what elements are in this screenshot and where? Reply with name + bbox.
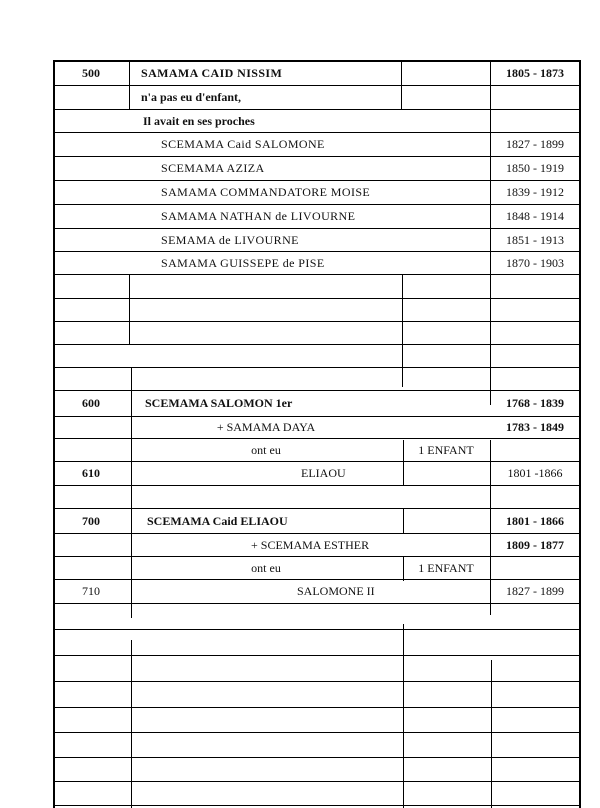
child-number: 610 — [53, 462, 129, 485]
column-divider — [403, 509, 404, 533]
relative-dates: 1839 - 1912 — [491, 181, 579, 204]
table-row-500-head: 500 SAMAMA CAID NISSIM 1805 - 1873 — [53, 62, 579, 86]
relative-dates: 1827 - 1899 — [491, 133, 579, 156]
relative-name: SEMAMA de LIVOURNE — [161, 229, 299, 251]
person-dates: 1805 - 1873 — [491, 62, 579, 85]
relative-dates: 1850 - 1919 — [491, 157, 579, 180]
relative-dates: 1848 - 1914 — [491, 205, 579, 228]
relative-name: SCEMAMA AZIZA — [161, 157, 265, 180]
table-row-note: n'a pas eu d'enfant, — [53, 86, 579, 110]
spouse-name: + SAMAMA DAYA — [131, 417, 401, 438]
relative-name: SAMAMA NATHAN de LIVOURNE — [161, 205, 355, 228]
children-count: 1 ENFANT — [401, 557, 491, 579]
column-divider — [490, 440, 491, 615]
column-divider — [403, 440, 404, 485]
relative-dates: 1851 - 1913 — [491, 229, 579, 251]
genealogy-page: 500 SAMAMA CAID NISSIM 1805 - 1873 n'a p… — [0, 0, 600, 808]
spouse-dates: 1809 - 1877 — [491, 534, 579, 556]
table-row-empty — [53, 299, 579, 322]
relative-name: SCEMAMA Caid SALOMONE — [161, 133, 325, 156]
table-row-relative: SAMAMA COMMANDATORE MOISE 1839 - 1912 — [53, 181, 579, 205]
column-divider — [490, 275, 491, 405]
table-row-relative: SAMAMA NATHAN de LIVOURNE 1848 - 1914 — [53, 205, 579, 229]
spouse-dates: 1783 - 1849 — [491, 417, 579, 438]
column-divider — [131, 368, 132, 618]
person-name: SCEMAMA SALOMON 1er — [145, 391, 292, 416]
spouse-name: + SCEMAMA ESTHER — [131, 534, 481, 556]
entry-number: 700 — [53, 509, 129, 533]
column-divider — [491, 660, 492, 808]
table-row-empty — [53, 322, 579, 345]
column-divider — [129, 275, 130, 345]
column-divider — [401, 62, 402, 110]
column-divider — [403, 624, 404, 808]
person-name: SAMAMA CAID NISSIM — [141, 62, 282, 85]
table-row-relative: SCEMAMA Caid SALOMONE 1827 - 1899 — [53, 133, 579, 157]
column-divider — [131, 640, 132, 808]
relative-name: SAMAMA COMMANDATORE MOISE — [161, 181, 370, 204]
relative-name: SAMAMA GUISSEPE de PISE — [161, 252, 325, 274]
column-divider — [490, 62, 491, 274]
column-divider — [402, 275, 403, 387]
table-row-empty — [53, 345, 579, 368]
table-row-relative: SAMAMA GUISSEPE de PISE 1870 - 1903 — [53, 252, 579, 275]
children-count: 1 ENFANT — [401, 439, 491, 461]
children-label: ont eu — [131, 439, 401, 461]
table-row-relative: SEMAMA de LIVOURNE 1851 - 1913 — [53, 229, 579, 252]
table-row-relative: SCEMAMA AZIZA 1850 - 1919 — [53, 157, 579, 181]
column-divider — [403, 556, 404, 581]
entry-number: 600 — [53, 391, 129, 416]
table-row-note: Il avait en ses proches — [53, 110, 579, 133]
child-dates: 1801 -1866 — [491, 462, 579, 485]
table-row-empty — [53, 275, 579, 299]
note-text: Il avait en ses proches — [143, 110, 255, 132]
relative-dates: 1870 - 1903 — [491, 252, 579, 274]
child-name: SALOMONE II — [131, 580, 481, 603]
note-text: n'a pas eu d'enfant, — [141, 86, 241, 109]
entry-number: 500 — [53, 62, 129, 85]
person-dates: 1768 - 1839 — [491, 391, 579, 416]
person-dates: 1801 - 1866 — [491, 509, 579, 533]
column-divider — [129, 62, 130, 110]
person-name: SCEMAMA Caid ELIAOU — [147, 509, 288, 533]
children-label: ont eu — [131, 557, 401, 579]
child-dates: 1827 - 1899 — [491, 580, 579, 603]
child-number: 710 — [53, 580, 129, 603]
